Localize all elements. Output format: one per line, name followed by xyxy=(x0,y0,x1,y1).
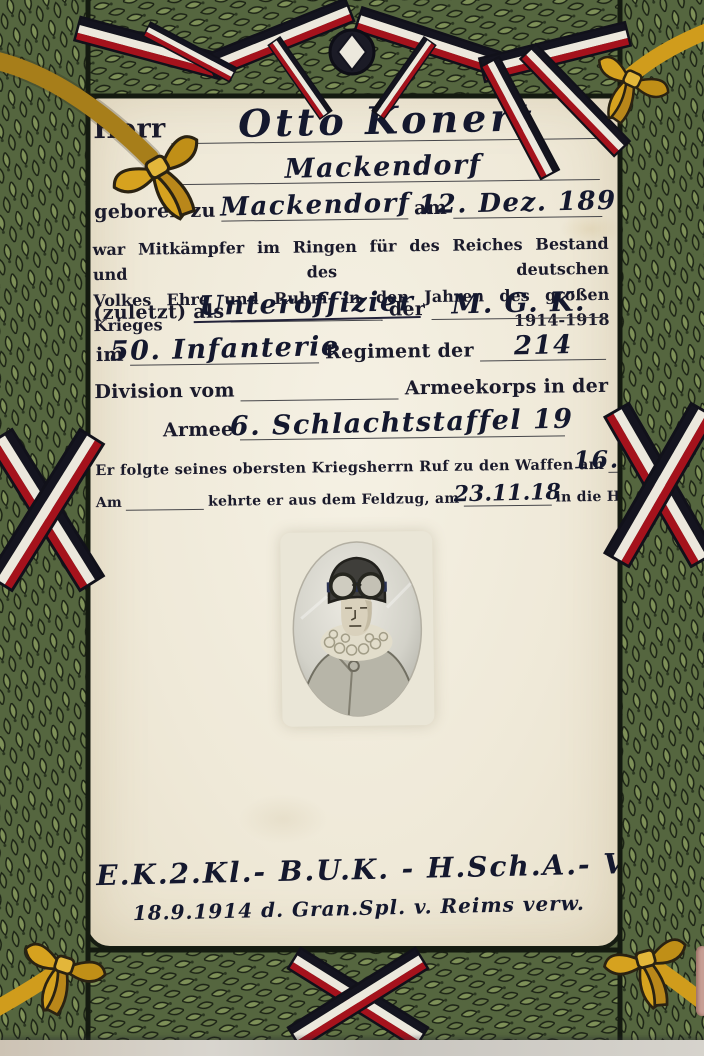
return-row: Am kehrte er aus dem Feldzug, am 23.11.1… xyxy=(96,481,614,511)
goggle-left xyxy=(331,574,355,598)
rank-value: Unteroffizier xyxy=(193,288,421,323)
gold-bow-bottom-left xyxy=(0,941,108,1025)
birthdate-line: 12. Dez. 1891 xyxy=(453,189,602,219)
enlist-row: Er folgte seines obersten Kriegsherrn Ru… xyxy=(95,447,609,479)
division-row: Division vom Armeekorps in der xyxy=(94,375,608,403)
regiment-name-value: 50. Infanterie xyxy=(103,333,345,366)
armeekorps-label: Armeekorps in der xyxy=(405,375,609,399)
wreath-bottom xyxy=(0,950,704,1044)
return-date-value: 23.11.18 xyxy=(448,481,568,507)
awards-line: E.K.2.Kl.- B.U.K. - H.Sch.A.- V.A. xyxy=(90,849,676,891)
wounded-note: 18.9.1914 d. Gran.Spl. v. Reims verw. xyxy=(126,893,591,925)
herr-label: Herr xyxy=(93,113,166,145)
origin-line: Mackendorf xyxy=(167,151,600,185)
kehrte-label: kehrte er aus dem Feldzug, am xyxy=(208,491,460,510)
awards-line-wrap: E.K.2.Kl.- B.U.K. - H.Sch.A.- V.A. xyxy=(90,853,626,889)
certificate-scan: Herr Otto Konert aus Mackendorf geboren … xyxy=(0,0,704,1056)
name-value: Otto Konert xyxy=(232,98,543,144)
origin-value: Mackendorf xyxy=(279,151,489,184)
body-line-1: war Mitkämpfer im Ringen für des Reiches… xyxy=(93,231,610,288)
armee-line: 6. Schlachtstaffel 19 xyxy=(239,407,565,440)
portrait-photo xyxy=(286,537,428,721)
enlist-date-value: 16. Okt. 1913. xyxy=(567,443,704,473)
wreath-right xyxy=(620,0,704,1046)
regiment-number-line: 214 xyxy=(480,332,606,362)
aus-label: aus xyxy=(124,163,162,185)
birth-row: geboren zu Mackendorf am 12. Dez. 1891 xyxy=(94,189,602,223)
wounded-line-wrap: 18.9.1914 d. Gran.Spl. v. Reims verw. xyxy=(91,895,627,923)
company-line: M. G. K. xyxy=(431,289,606,320)
division-label: Division vom xyxy=(94,379,235,403)
rank-line: Unteroffizier xyxy=(230,290,383,323)
wreath-left xyxy=(0,0,88,1046)
origin-row: aus Mackendorf xyxy=(124,151,600,186)
name-row: Herr Otto Konert xyxy=(93,99,603,145)
birthplace-value: Mackendorf xyxy=(213,190,416,222)
return-date-line: 23.11.18 xyxy=(463,482,551,507)
finger-edge xyxy=(696,946,704,1016)
ribbon-top-weave xyxy=(74,0,630,82)
regiment-name-line: 50. Infanterie xyxy=(130,334,320,365)
photo-mount xyxy=(280,531,434,727)
am2-label: Am xyxy=(96,495,122,511)
table-surface-strip xyxy=(0,1040,704,1056)
gold-bow-bottom-right xyxy=(602,937,700,1018)
geboren-label: geboren zu xyxy=(94,200,216,223)
regiment-row: im 50. Infanterie Regiment der 214 xyxy=(96,331,606,366)
regiment-number-value: 214 xyxy=(507,332,578,361)
armee-value: 6. Schlachtstaffel 19 xyxy=(224,405,580,441)
ribbon-cross-bottom xyxy=(288,948,428,1048)
waffen-label: Er folgte seines obersten Kriegsherrn Ru… xyxy=(95,456,604,479)
company-value: M. G. K. xyxy=(445,288,592,319)
wreath-top xyxy=(0,0,704,96)
regiment-label: Regiment der xyxy=(325,340,474,364)
return-blank-line xyxy=(126,509,204,511)
armee-row: Armee 6. Schlachtstaffel 19 xyxy=(163,407,565,441)
heimat-label: in die Heimat zurück. xyxy=(555,487,704,505)
goggle-right xyxy=(359,574,383,598)
enlist-date-line: 16. Okt. 1913. xyxy=(608,445,704,473)
division-line xyxy=(241,398,399,401)
birthplace-line: Mackendorf xyxy=(221,191,408,221)
birthdate-value: 12. Dez. 1891 xyxy=(412,187,643,219)
name-line: Otto Konert xyxy=(171,99,603,144)
rank-row: (zuletzt) als Unteroffizier der M. G. K. xyxy=(93,287,605,324)
certificate-content: Herr Otto Konert aus Mackendorf geboren … xyxy=(81,89,627,951)
